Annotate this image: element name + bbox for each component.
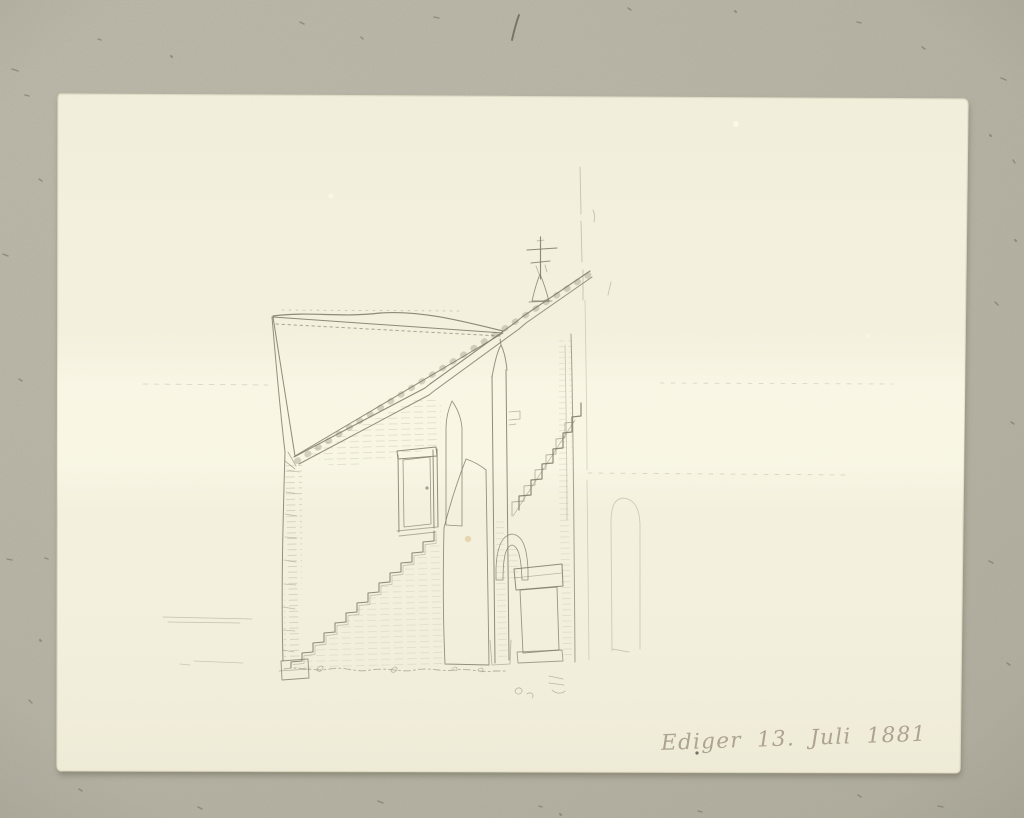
bright-spot-2 (329, 194, 334, 199)
artwork-scan: Ediger 13. Juli 1881 (0, 0, 1024, 818)
drawing-canvas: Ediger 13. Juli 1881 (0, 0, 1024, 818)
door-knob (425, 486, 428, 489)
foxing-spot (465, 536, 471, 542)
right-wall-hatch (559, 340, 572, 658)
paper-grain (0, 0, 1024, 818)
bright-spot-3 (866, 334, 870, 338)
bright-spot-1 (733, 121, 739, 127)
column-shaft-hatch (496, 520, 507, 658)
wall-quoin-hatch (284, 462, 302, 658)
paper-sheet (0, 0, 1024, 818)
paper-grain-texture (0, 0, 1024, 818)
